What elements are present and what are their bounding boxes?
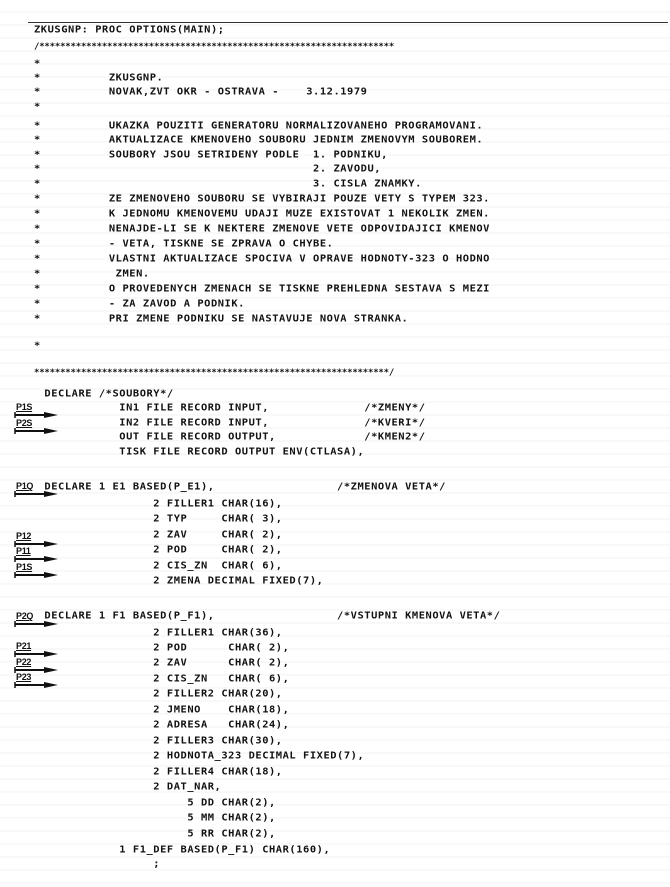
code-line: 1 F1_DEF BASED(P_F1) CHAR(160), bbox=[24, 844, 330, 856]
comment-line: * O PROVEDENYCH ZMENACH SE TISKNE PREHLE… bbox=[34, 283, 490, 295]
comment-line: * bbox=[34, 58, 41, 70]
code-line: DECLARE /*SOUBORY*/ bbox=[24, 388, 174, 400]
code-line: 2 FILLER4 CHAR(18), bbox=[24, 766, 283, 778]
comment-line: * K JEDNOMU KMENOVEMU UDAJI MUZE EXISTOV… bbox=[34, 208, 490, 220]
comment-line: * SOUBORY JSOU SETRIDENY PODLE 1. PODNIK… bbox=[34, 149, 388, 161]
code-line: 2 FILLER1 CHAR(16), bbox=[24, 498, 283, 510]
comment-line: * PRI ZMENE PODNIKU SE NASTAVUJE NOVA ST… bbox=[34, 313, 408, 325]
annotation-label: P12 bbox=[16, 531, 31, 541]
arrow-right-icon bbox=[14, 621, 58, 627]
scanned-listing-page: ZKUSGNP: PROC OPTIONS(MAIN); /**********… bbox=[0, 0, 670, 887]
code-line: 5 MM CHAR(2), bbox=[24, 812, 276, 824]
code-line: 5 DD CHAR(2), bbox=[24, 797, 276, 809]
code-line: 2 HODNOTA_323 DECIMAL FIXED(7), bbox=[24, 750, 364, 762]
code-line: 2 FILLER3 CHAR(30), bbox=[24, 735, 283, 747]
code-line: 2 FILLER1 CHAR(36), bbox=[24, 627, 283, 639]
code-line: 2 ZAV CHAR( 2), bbox=[24, 657, 289, 669]
code-line: IN2 FILE RECORD INPUT, /*KVERI*/ bbox=[24, 417, 426, 429]
annotation-label: P1Q bbox=[16, 481, 33, 491]
comment-line: * ZMEN. bbox=[34, 268, 150, 280]
code-line: TISK FILE RECORD OUTPUT ENV(CTLASA), bbox=[24, 446, 364, 458]
comment-close-border: ****************************************… bbox=[34, 368, 668, 378]
margin-annotation: P1Q bbox=[0, 481, 60, 501]
arrow-right-icon bbox=[14, 682, 58, 688]
annotation-label: P2Q bbox=[16, 611, 33, 621]
code-line: 2 CIS_ZN CHAR( 6), bbox=[24, 560, 283, 572]
annotation-label: P1S bbox=[16, 562, 32, 572]
code-line: 2 POD CHAR( 2), bbox=[24, 642, 289, 654]
comment-line: * - ZA ZAVOD A PODNIK. bbox=[34, 298, 245, 310]
margin-annotation: P2Q bbox=[0, 611, 60, 631]
arrow-right-icon bbox=[14, 428, 58, 434]
code-line: IN1 FILE RECORD INPUT, /*ZMENY*/ bbox=[24, 402, 426, 414]
code-line: 2 DAT_NAR, bbox=[24, 781, 221, 793]
annotation-label: P1S bbox=[16, 402, 32, 412]
code-line: 2 ZMENA DECIMAL FIXED(7), bbox=[24, 575, 323, 587]
comment-line: * NOVAK,ZVT OKR - OSTRAVA - 3.12.1979 bbox=[34, 86, 367, 98]
annotation-label: P22 bbox=[16, 657, 31, 667]
page-top-rule bbox=[28, 22, 668, 23]
comment-line: * 2. ZAVODU, bbox=[34, 163, 381, 175]
code-line: 2 ADRESA CHAR(24), bbox=[24, 719, 289, 731]
code-line: ; bbox=[24, 858, 160, 870]
code-line: 2 TYP CHAR( 3), bbox=[24, 513, 283, 525]
comment-line: * ZE ZMENOVEHO SOUBORU SE VYBIRAJI POUZE… bbox=[34, 193, 490, 205]
code-line: 2 CIS_ZN CHAR( 6), bbox=[24, 673, 289, 685]
comment-line: * bbox=[34, 340, 41, 352]
comment-line: * UKAZKA POUZITI GENERATORU NORMALIZOVAN… bbox=[34, 120, 483, 132]
code-line: 2 FILLER2 CHAR(20), bbox=[24, 688, 283, 700]
procedure-header: ZKUSGNP: PROC OPTIONS(MAIN); bbox=[34, 24, 225, 36]
code-line: 2 POD CHAR( 2), bbox=[24, 544, 283, 556]
margin-annotation: P1S bbox=[0, 562, 60, 582]
code-line: 2 ZAV CHAR( 2), bbox=[24, 529, 283, 541]
comment-open-border: /***************************************… bbox=[34, 42, 668, 52]
margin-annotation: P23 bbox=[0, 672, 60, 692]
comment-line: * bbox=[34, 101, 41, 113]
code-line: 2 JMENO CHAR(18), bbox=[24, 704, 289, 716]
annotation-label: P2S bbox=[16, 418, 32, 428]
code-line: 5 RR CHAR(2), bbox=[24, 828, 276, 840]
arrow-right-icon bbox=[14, 572, 58, 578]
annotation-label: P11 bbox=[16, 546, 31, 556]
annotation-label: P21 bbox=[16, 641, 31, 651]
margin-annotation: P2S bbox=[0, 418, 60, 438]
comment-line: * 3. CISLA ZNAMKY. bbox=[34, 178, 422, 190]
code-line: DECLARE 1 E1 BASED(P_E1), /*ZMENOVA VETA… bbox=[24, 481, 446, 493]
comment-line: * ZKUSGNP. bbox=[34, 72, 163, 84]
comment-line: * - VETA, TISKNE SE ZPRAVA O CHYBE. bbox=[34, 238, 333, 250]
code-line: DECLARE 1 F1 BASED(P_F1), /*VSTUPNI KMEN… bbox=[24, 610, 500, 622]
arrow-right-icon bbox=[14, 491, 58, 497]
code-line: OUT FILE RECORD OUTPUT, /*KMEN2*/ bbox=[24, 431, 426, 443]
annotation-label: P23 bbox=[16, 672, 31, 682]
comment-line: * VLASTNI AKTUALIZACE SPOCIVA V OPRAVE H… bbox=[34, 253, 490, 265]
comment-line: * NENAJDE-LI SE K NEKTERE ZMENOVE VETE O… bbox=[34, 223, 490, 235]
comment-line: * AKTUALIZACE KMENOVEHO SOUBORU JEDNIM Z… bbox=[34, 134, 483, 146]
